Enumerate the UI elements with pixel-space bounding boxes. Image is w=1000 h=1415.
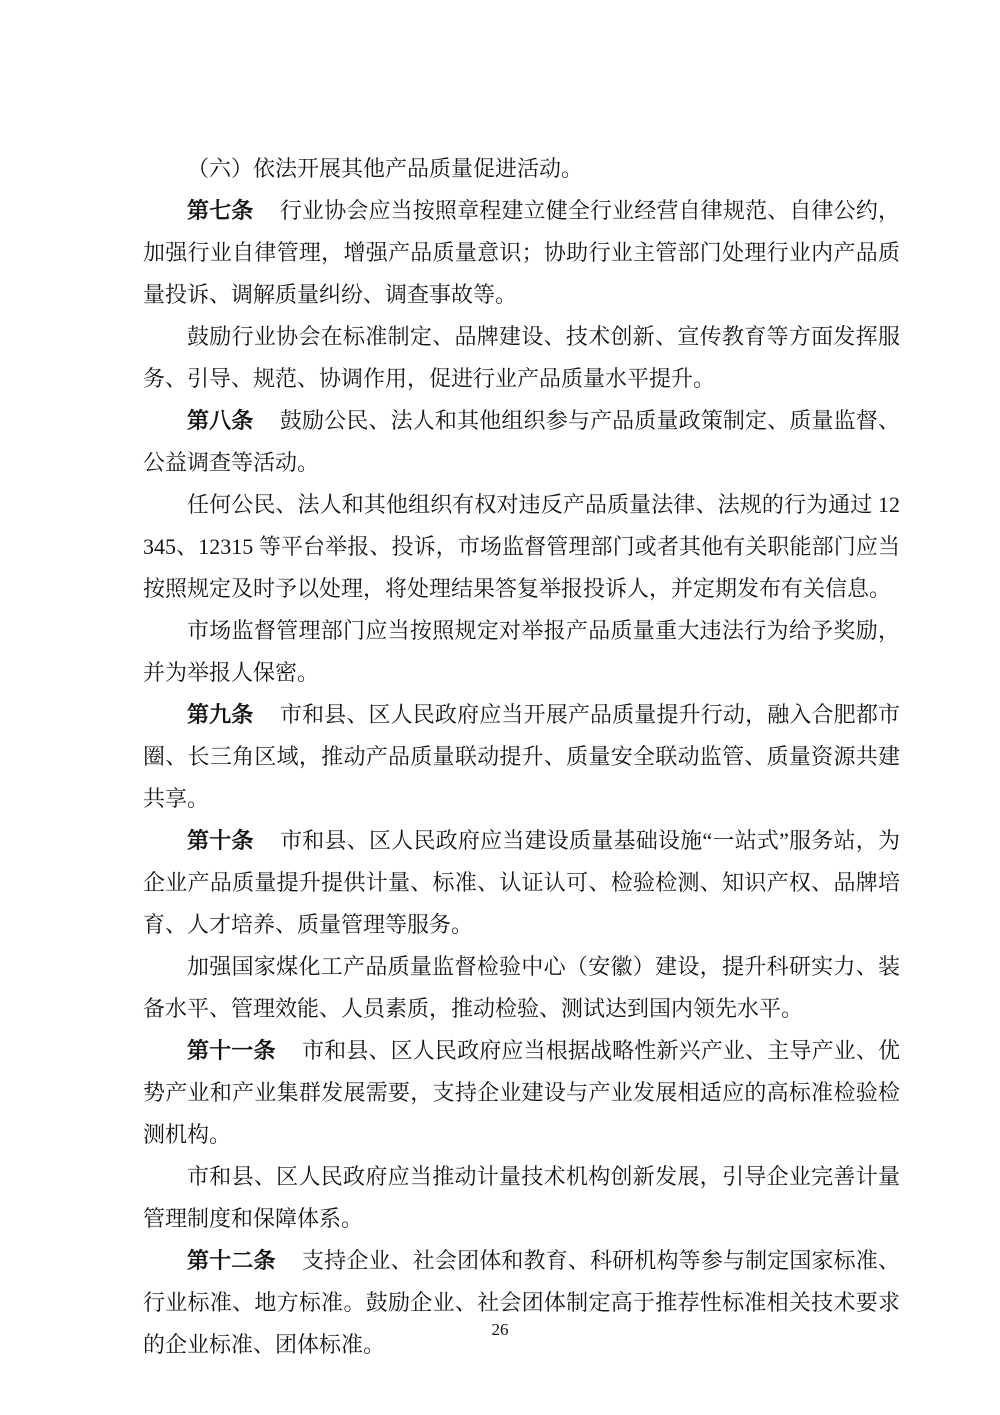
paragraph-article-9: 第九条市和县、区人民政府应当开展产品质量提升行动，融入合肥都市圈、长三角区域，推…	[143, 694, 900, 820]
paragraph-text: 市和县、区人民政府应当推动计量技术机构创新发展，引导企业完善计量管理制度和保障体…	[143, 1164, 900, 1231]
paragraph-article-11-cont: 市和县、区人民政府应当推动计量技术机构创新发展，引导企业完善计量管理制度和保障体…	[143, 1156, 900, 1240]
paragraph-article-10-cont: 加强国家煤化工产品质量监督检验中心（安徽）建设，提升科研实力、装备水平、管理效能…	[143, 946, 900, 1030]
paragraph-article-11: 第十一条市和县、区人民政府应当根据战略性新兴产业、主导产业、优势产业和产业集群发…	[143, 1030, 900, 1156]
article-number: 第十一条	[187, 1038, 276, 1063]
paragraph-article-12: 第十二条支持企业、社会团体和教育、科研机构等参与制定国家标准、行业标准、地方标准…	[143, 1240, 900, 1366]
paragraph-text: 市场监督管理部门应当按照规定对举报产品质量重大违法行为给予奖励，并为举报人保密。	[143, 618, 900, 685]
article-number: 第十二条	[187, 1248, 276, 1273]
paragraph-article-8-cont-1: 任何公民、法人和其他组织有权对违反产品质量法律、法规的行为通过 12345、12…	[143, 484, 900, 610]
paragraph-text: 市和县、区人民政府应当开展产品质量提升行动，融入合肥都市圈、长三角区域，推动产品…	[143, 702, 900, 811]
paragraph-article-7-cont: 鼓励行业协会在标准制定、品牌建设、技术创新、宣传教育等方面发挥服务、引导、规范、…	[143, 316, 900, 400]
paragraph-text: （六）依法开展其他产品质量促进活动。	[187, 156, 583, 181]
paragraph-text: 行业协会应当按照章程建立健全行业经营自律规范、自律公约，加强行业自律管理，增强产…	[143, 198, 900, 307]
article-number: 第九条	[187, 702, 253, 727]
paragraph-text: 任何公民、法人和其他组织有权对违反产品质量法律、法规的行为通过 12345、12…	[143, 492, 900, 601]
page-footer: 26	[0, 1320, 1000, 1340]
paragraph-article-10: 第十条市和县、区人民政府应当建设质量基础设施“一站式”服务站，为企业产品质量提升…	[143, 820, 900, 946]
page-number: 26	[492, 1320, 509, 1340]
paragraph-text: 市和县、区人民政府应当建设质量基础设施“一站式”服务站，为企业产品质量提升提供计…	[143, 828, 900, 937]
paragraph-text: 加强国家煤化工产品质量监督检验中心（安徽）建设，提升科研实力、装备水平、管理效能…	[143, 954, 900, 1021]
paragraph-text: 鼓励公民、法人和其他组织参与产品质量政策制定、质量监督、公益调查等活动。	[143, 408, 900, 475]
paragraph-text: 鼓励行业协会在标准制定、品牌建设、技术创新、宣传教育等方面发挥服务、引导、规范、…	[143, 324, 900, 391]
paragraph-article-7: 第七条行业协会应当按照章程建立健全行业经营自律规范、自律公约，加强行业自律管理，…	[143, 190, 900, 316]
article-number: 第七条	[187, 198, 253, 223]
article-number: 第八条	[187, 408, 253, 433]
document-body: （六）依法开展其他产品质量促进活动。 第七条行业协会应当按照章程建立健全行业经营…	[143, 148, 900, 1366]
document-page: { "document": { "background_color": "#ff…	[0, 0, 1000, 1415]
paragraph-article-8: 第八条鼓励公民、法人和其他组织参与产品质量政策制定、质量监督、公益调查等活动。	[143, 400, 900, 484]
paragraph-article-8-cont-2: 市场监督管理部门应当按照规定对举报产品质量重大违法行为给予奖励，并为举报人保密。	[143, 610, 900, 694]
article-number: 第十条	[187, 828, 254, 853]
paragraph-item-6: （六）依法开展其他产品质量促进活动。	[143, 148, 900, 190]
